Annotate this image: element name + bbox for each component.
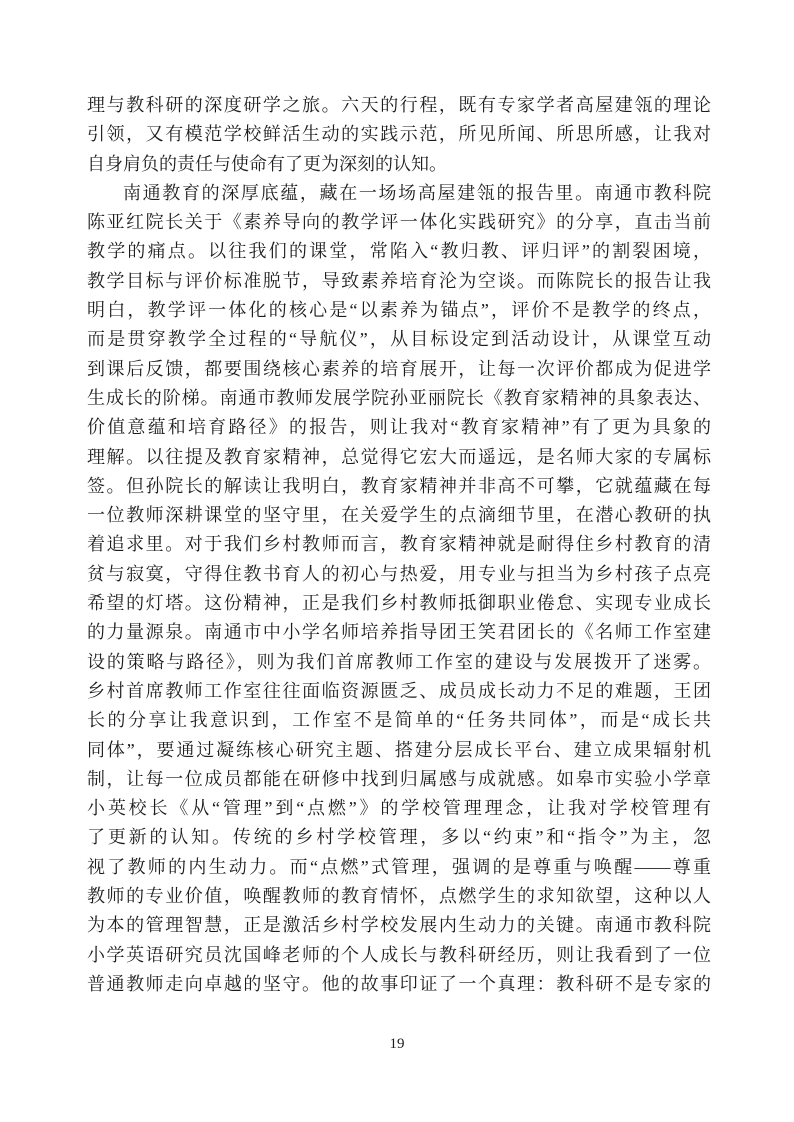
text-line: 南通教育的深厚底蕴，藏在一场场高屋建瓴的报告里。南通市教科院 xyxy=(87,179,711,208)
text-line: 自身肩负的责任与使命有了更为深刻的认知。 xyxy=(87,150,711,179)
text-line: 小学英语研究员沈国峰老师的个人成长与教科研经历，则让我看到了一位 xyxy=(87,941,711,970)
text-line: 同体”，要通过凝练核心研究主题、搭建分层成长平台、建立成果辐射机 xyxy=(87,736,711,765)
text-line: 设的策略与路径》，则为我们首席教师工作室的建设与发展拨开了迷雾。 xyxy=(87,648,711,677)
text-line: 理解。以往提及教育家精神，总觉得它宏大而遥远，是名师大家的专属标 xyxy=(87,443,711,472)
text-line: 教师的专业价值，唤醒教师的教育情怀，点燃学生的求知欲望，这种以人 xyxy=(87,882,711,911)
document-page: 理与教科研的深度研学之旅。六天的行程，既有专家学者高屋建瓴的理论引领，又有模范学… xyxy=(0,0,794,1122)
text-line: 普通教师走向卓越的坚守。他的故事印证了一个真理：教科研不是专家的 xyxy=(87,970,711,999)
text-line: 贫与寂寞，守得住教书育人的初心与热爱，用专业与担当为乡村孩子点亮 xyxy=(87,560,711,589)
text-line: 的力量源泉。南通市中小学名师培养指导团王笑君团长的《名师工作室建 xyxy=(87,618,711,647)
text-block: 理与教科研的深度研学之旅。六天的行程，既有专家学者高屋建瓴的理论引领，又有模范学… xyxy=(87,91,711,999)
text-line: 小英校长《从“管理”到“点燃”》的学校管理理念，让我对学校管理有 xyxy=(87,794,711,823)
text-line: 乡村首席教师工作室往往面临资源匮乏、成员成长动力不足的难题，王团 xyxy=(87,677,711,706)
text-line: 了更新的认知。传统的乡村学校管理，多以“约束”和“指令”为主，忽 xyxy=(87,823,711,852)
text-line: 着追求里。对于我们乡村教师而言，教育家精神就是耐得住乡村教育的清 xyxy=(87,530,711,559)
text-line: 希望的灯塔。这份精神，正是我们乡村教师抵御职业倦怠、实现专业成长 xyxy=(87,589,711,618)
text-line: 生成长的阶梯。南通市教师发展学院孙亚丽院长《教育家精神的具象表达、 xyxy=(87,384,711,413)
text-line: 而是贯穿教学全过程的“导航仪”，从目标设定到活动设计，从课堂互动 xyxy=(87,325,711,354)
text-line: 签。但孙院长的解读让我明白，教育家精神并非高不可攀，它就蕴藏在每 xyxy=(87,472,711,501)
text-line: 引领，又有模范学校鲜活生动的实践示范，所见所闻、所思所感，让我对 xyxy=(87,120,711,149)
text-line: 一位教师深耕课堂的坚守里，在关爱学生的点滴细节里，在潜心教研的执 xyxy=(87,501,711,530)
page-number: 19 xyxy=(0,1036,794,1053)
text-line: 明白，教学评一体化的核心是“以素养为锚点”，评价不是教学的终点， xyxy=(87,296,711,325)
text-line: 到课后反馈，都要围绕核心素养的培育展开，让每一次评价都成为促进学 xyxy=(87,355,711,384)
text-line: 理与教科研的深度研学之旅。六天的行程，既有专家学者高屋建瓴的理论 xyxy=(87,91,711,120)
text-line: 视了教师的内生动力。而“点燃”式管理，强调的是尊重与唤醒——尊重 xyxy=(87,853,711,882)
text-line: 陈亚红院长关于《素养导向的教学评一体化实践研究》的分享，直击当前 xyxy=(87,208,711,237)
text-line: 制，让每一位成员都能在研修中找到归属感与成就感。如皋市实验小学章 xyxy=(87,765,711,794)
text-line: 长的分享让我意识到，工作室不是简单的“任务共同体”，而是“成长共 xyxy=(87,706,711,735)
text-line: 为本的管理智慧，正是激活乡村学校发展内生动力的关键。南通市教科院 xyxy=(87,911,711,940)
text-line: 教学的痛点。以往我们的课堂，常陷入“教归教、评归评”的割裂困境， xyxy=(87,237,711,266)
text-line: 教学目标与评价标准脱节，导致素养培育沦为空谈。而陈院长的报告让我 xyxy=(87,267,711,296)
text-line: 价值意蕴和培育路径》的报告，则让我对“教育家精神”有了更为具象的 xyxy=(87,413,711,442)
